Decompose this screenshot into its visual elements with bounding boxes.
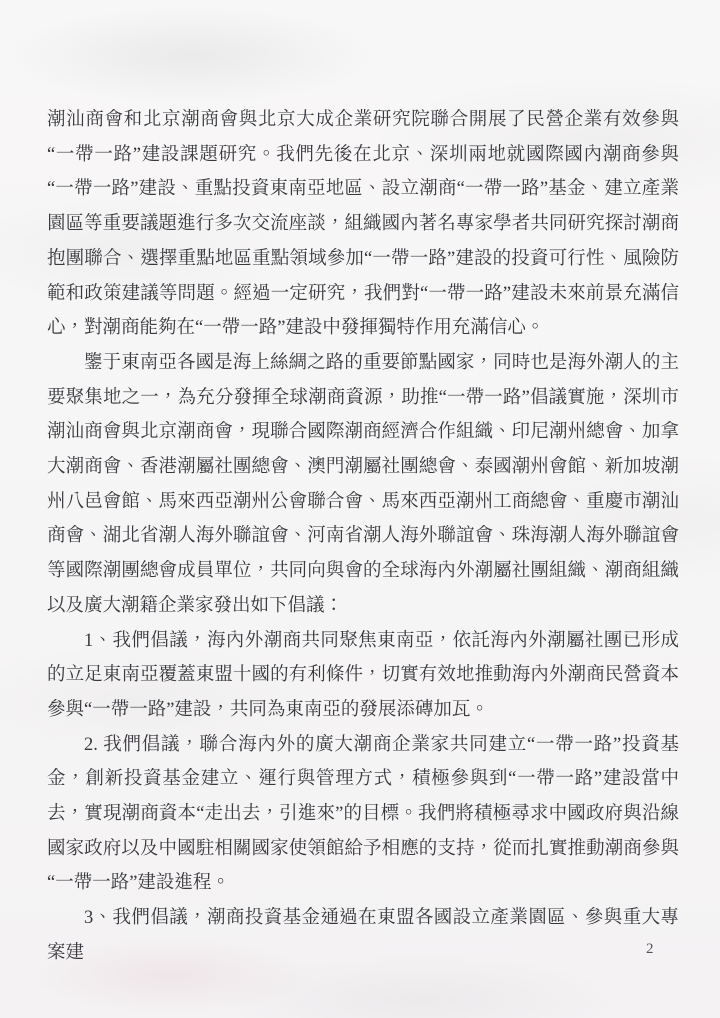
paragraph: 1、我們倡議，海內外潮商共同聚焦東南亞，依託海內外潮屬社團已形成的立足東南亞覆蓋… (47, 624, 679, 728)
paragraph: 鑒于東南亞各國是海上絲綢之路的重要節點國家，同時也是海外潮人的主要聚集地之一，為… (47, 346, 679, 624)
paragraph: 3、我們倡議，潮商投資基金通過在東盟各國設立產業園區、參與重大專案建 (47, 901, 679, 970)
document-page: 潮汕商會和北京潮商會與北京大成企業研究院聯合開展了民營企業有效參與“一帶一路”建… (0, 0, 720, 1018)
paragraph: 潮汕商會和北京潮商會與北京大成企業研究院聯合開展了民營企業有效參與“一帶一路”建… (47, 103, 679, 346)
page-number: 2 (646, 941, 654, 958)
paragraph: 2. 我們倡議，聯合海內外的廣大潮商企業家共同建立“一帶一路”投資基金，創新投資… (47, 728, 679, 902)
document-body: 潮汕商會和北京潮商會與北京大成企業研究院聯合開展了民營企業有效參與“一帶一路”建… (47, 103, 679, 971)
